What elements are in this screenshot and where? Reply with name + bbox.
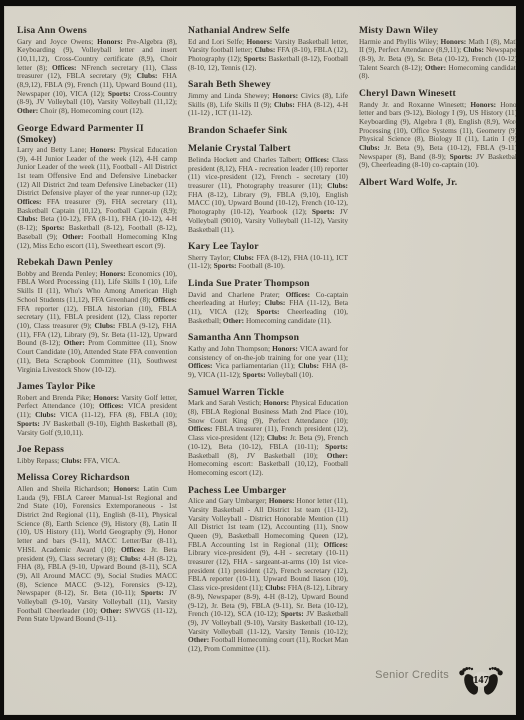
student-name: Misty Dawn Wiley: [359, 26, 516, 37]
student-name: Joe Repass: [17, 445, 177, 456]
credit-entry: Cheryl Dawn WinesettRandy Jr. and Roxann…: [359, 89, 516, 170]
credit-text: Kathy and John Thompson; Honors: VICA aw…: [188, 345, 348, 380]
student-name: Brandon Schaefer Sink: [188, 126, 348, 137]
credits-column-left: Lisa Ann OwensGary and Joyce Owens; Hono…: [17, 26, 177, 662]
credit-text: Allen and Sheila Richardson; Honors: Lat…: [17, 485, 177, 624]
student-name: Albert Ward Wolfe, Jr.: [359, 178, 516, 189]
credit-text: Libby Repass; Clubs: FFA, VICA.: [17, 457, 177, 466]
page-footer: Senior Credits: [375, 653, 506, 701]
credit-text: Randy Jr. and Roxanne Winesett; Honors: …: [359, 101, 516, 171]
footer-section-label: Senior Credits: [375, 669, 449, 685]
student-name: Samuel Warren Tickle: [188, 388, 348, 399]
credit-entry: George Edward Parmenter II(Smokey)Larry …: [17, 124, 177, 250]
credit-text: Robert and Brenda Pike; Honors: Varsity …: [17, 394, 177, 438]
student-name: Lisa Ann Owens: [17, 26, 177, 37]
credit-entry: Kary Lee TaylorSherry Taylor; Clubs: FFA…: [188, 242, 348, 271]
credit-text: Mark and Sarah Vestich; Honors: Physical…: [188, 399, 348, 477]
credit-entry: Melissa Corey RichardsonAllen and Sheila…: [17, 473, 177, 624]
credit-text: Alice and Gary Umbarger; Honors: Honor l…: [188, 497, 348, 654]
credit-entry: Joe RepassLibby Repass; Clubs: FFA, VICA…: [17, 445, 177, 465]
credit-text: Bobby and Brenda Penley; Honors: Economi…: [17, 270, 177, 374]
credit-entry: Pachess Lee UmbargerAlice and Gary Umbar…: [188, 486, 348, 654]
credits-columns: Lisa Ann OwensGary and Joyce Owens; Hono…: [17, 26, 506, 662]
credit-text: David and Charlene Prater; Offices: Co-c…: [188, 291, 348, 326]
credit-entry: Samuel Warren TickleMark and Sarah Vesti…: [188, 388, 348, 478]
credit-text: Harmie and Phyllis Wiley; Honors: Math I…: [359, 38, 516, 82]
credit-text: Larry and Betty Lane; Honors: Physical E…: [17, 146, 177, 250]
credits-column-middle: Nathanial Andrew SelfeEd and Lori Selfe;…: [188, 26, 348, 662]
student-name: Linda Sue Prater Thompson: [188, 279, 348, 290]
credit-text: Gary and Joyce Owens; Honors: Pre-Algebr…: [17, 38, 177, 116]
credit-entry: Lisa Ann OwensGary and Joyce Owens; Hono…: [17, 26, 177, 116]
yearbook-page: Lisa Ann OwensGary and Joyce Owens; Hono…: [4, 6, 516, 715]
student-name: George Edward Parmenter II: [17, 124, 177, 135]
student-name: Melissa Corey Richardson: [17, 473, 177, 484]
credit-entry: Sarah Beth SheweyJimmy and Linda Shewey;…: [188, 80, 348, 118]
credit-entry: Brandon Schaefer Sink: [188, 126, 348, 137]
credit-entry: Samantha Ann ThompsonKathy and John Thom…: [188, 333, 348, 379]
credits-column-right: Misty Dawn WileyHarmie and Phyllis Wiley…: [359, 26, 516, 662]
credit-entry: James Taylor PikeRobert and Brenda Pike;…: [17, 382, 177, 437]
student-name: Pachess Lee Umbarger: [188, 486, 348, 497]
student-name: James Taylor Pike: [17, 382, 177, 393]
credit-text: Belinda Hockett and Charles Talbert; Off…: [188, 156, 348, 234]
student-name: Rebekah Dawn Penley: [17, 258, 177, 269]
credit-text: Jimmy and Linda Shewey; Honors: Civics (…: [188, 92, 348, 118]
student-name: Samantha Ann Thompson: [188, 333, 348, 344]
credit-entry: Albert Ward Wolfe, Jr.: [359, 178, 516, 189]
student-name: Kary Lee Taylor: [188, 242, 348, 253]
credit-entry: Linda Sue Prater ThompsonDavid and Charl…: [188, 279, 348, 325]
page-number: 147: [473, 675, 489, 686]
student-name: Cheryl Dawn Winesett: [359, 89, 516, 100]
credit-entry: Melanie Crystal TalbertBelinda Hockett a…: [188, 144, 348, 234]
credit-text: Ed and Lori Selfe; Honors: Varsity Baske…: [188, 38, 348, 73]
footprints-icon: 147: [456, 653, 506, 701]
credit-entry: Nathanial Andrew SelfeEd and Lori Selfe;…: [188, 26, 348, 72]
credit-entry: Misty Dawn WileyHarmie and Phyllis Wiley…: [359, 26, 516, 81]
student-name: Sarah Beth Shewey: [188, 80, 348, 91]
student-name: Melanie Crystal Talbert: [188, 144, 348, 155]
credit-entry: Rebekah Dawn PenleyBobby and Brenda Penl…: [17, 258, 177, 374]
student-name: Nathanial Andrew Selfe: [188, 26, 348, 37]
credit-text: Sherry Taylor; Clubs: FFA (8-12), FHA (1…: [188, 254, 348, 271]
